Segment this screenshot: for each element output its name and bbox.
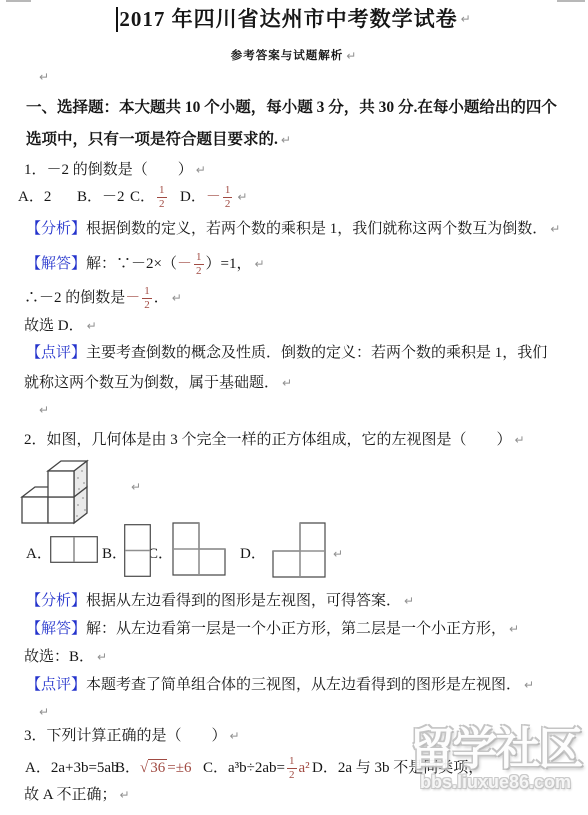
paragraph-mark: ↵ [230, 729, 240, 743]
page-subtitle: 参考答案与试题解析 [231, 47, 344, 66]
question-3-stem: 3．下列计算正确的是（ ）↵ [24, 727, 240, 746]
page-title: 2017 年四川省达州市中考数学试卷 [119, 10, 457, 29]
answer-label: 【解答】 [26, 255, 86, 274]
fraction-one-half: 12 [157, 184, 167, 210]
watermark-brand: 留学社区 [403, 726, 588, 772]
q2-answer-line-1: 【解答】解：从左边看第一层是一个小正方形，第二层是一个小正方形，↵ [26, 620, 519, 639]
paragraph-mark: ↵ [404, 594, 414, 608]
paragraph-mark: ↵ [254, 255, 264, 274]
paragraph-mark: ↵ [97, 650, 107, 664]
q1-option-b: B．－2 [77, 178, 125, 216]
q2-analysis-line: 【分析】根据从左边看得到的图形是左视图，可得答案．↵ [26, 592, 414, 611]
paragraph-mark: ↵ [346, 47, 357, 66]
minus-sign: － [125, 289, 140, 308]
section-1-header-line-1: 一、选择题：本大题共 10 个小题，每小题 3 分，共 30 分.在每小题给出的… [26, 98, 557, 117]
subtitle-row: 参考答案与试题解析 ↵ [0, 47, 588, 66]
q2-answer-line-2: 故选：B．↵ [24, 648, 107, 667]
q2-comment-line: 【点评】本题考查了简单组合体的三视图，从左边看得到的图形是左视图．↵ [26, 676, 534, 695]
q2-option-b-shape [124, 524, 151, 582]
empty-paragraph: ↵ [36, 703, 49, 722]
q1-option-d: D．－ 12 ↵ [180, 178, 247, 216]
q3-option-a: A．2a+3b=5ab [25, 748, 119, 788]
q2-option-a-label: A． [26, 543, 52, 565]
title-row: 2017 年四川省达州市中考数学试卷 ↵ [0, 7, 588, 32]
paragraph-mark: ↵ [282, 376, 292, 390]
analysis-label: 【分析】 [26, 593, 86, 609]
fraction-one-half: 12 [223, 184, 233, 210]
paragraph-mark: ↵ [509, 622, 519, 636]
q1-analysis-line: 【分析】根据倒数的定义，若两个数的乘积是 1，我们就称这两个数互为倒数．↵ [26, 220, 560, 239]
q1-option-a: A．2 [18, 178, 51, 216]
paragraph-mark: ↵ [524, 678, 534, 692]
paragraph-mark: ↵ [237, 188, 247, 207]
a-squared: a² [299, 759, 310, 778]
paragraph-mark: ↵ [87, 319, 97, 333]
paragraph-mark: ↵ [196, 163, 206, 177]
section-1-header-line-2: 选项中，只有一项是符合题目要求的.↵ [26, 130, 291, 150]
empty-paragraph: ↵ [36, 68, 49, 87]
paragraph-mark: ↵ [39, 403, 49, 417]
q1-answer-line-1: 【解答】 解：∵－2×（－ 12 ）=1， ↵ [26, 245, 265, 283]
page-corner-mark-left [6, 0, 31, 2]
q1-answer-line-3: 故选 D．↵ [24, 317, 97, 336]
paragraph-mark: ↵ [281, 133, 291, 147]
question-2-stem: 2．如图，几何体是由 3 个完全一样的正方体组成，它的左视图是（ ）↵ [24, 431, 525, 450]
analysis-label: 【分析】 [26, 221, 86, 237]
q2-option-c-label: C． [148, 543, 173, 565]
empty-paragraph: ↵ [36, 401, 49, 420]
comment-label: 【点评】 [26, 677, 86, 693]
sqrt-formula: √36=±6 [140, 759, 191, 778]
q1-comment-line-2: 就称这两个数互为倒数，属于基础题．↵ [24, 374, 292, 393]
paragraph-mark: ↵ [515, 433, 525, 447]
comment-label: 【点评】 [26, 345, 86, 361]
paragraph-mark: ↵ [120, 788, 130, 802]
minus-sign: － [206, 188, 221, 207]
watermark: 留学社区 bbs.liuxue86.com [403, 726, 588, 792]
minus-sign: － [177, 255, 192, 274]
answer-label: 【解答】 [26, 621, 86, 637]
paragraph-mark: ↵ [330, 543, 343, 565]
q1-answer-line-2: ∴－2 的倒数是－ 12 ． ↵ [24, 279, 182, 317]
document-page: 2017 年四川省达州市中考数学试卷 ↵ 参考答案与试题解析 ↵ ↵ 一、选择题… [0, 0, 588, 815]
fraction-one-half: 12 [142, 285, 152, 311]
paragraph-mark: ↵ [550, 222, 560, 236]
question-1-options: A．2 B．－2 C． 12 D．－ 12 ↵ [0, 178, 588, 216]
page-corner-mark-right [557, 0, 585, 2]
q1-option-c: C． 12 [130, 178, 169, 216]
q3-option-c: C．a³b÷2ab= 12 a² [203, 748, 310, 788]
fraction-one-half: 12 [194, 251, 204, 277]
figure-paragraph-mark: ↵ [128, 478, 141, 497]
watermark-url: bbs.liuxue86.com [403, 772, 588, 792]
q3-option-b: B． √36=±6 [115, 748, 191, 788]
paragraph-mark: ↵ [172, 289, 182, 308]
q2-option-d-shape [272, 522, 326, 583]
q2-option-c-shape [172, 522, 226, 581]
q1-comment-line-1: 【点评】主要考查倒数的概念及性质．倒数的定义：若两个数的乘积是 1，我们 [26, 344, 547, 363]
paragraph-mark: ↵ [39, 705, 49, 719]
q3-answer-line: 故 A 不正确；↵ [24, 786, 130, 805]
fraction-one-half: 12 [287, 755, 297, 781]
q2-option-d-label: D． [240, 543, 266, 565]
q2-option-a-shape [50, 536, 98, 568]
paragraph-mark: ↵ [39, 70, 49, 84]
paragraph-mark: ↵ [461, 10, 472, 29]
text-cursor [116, 7, 118, 32]
